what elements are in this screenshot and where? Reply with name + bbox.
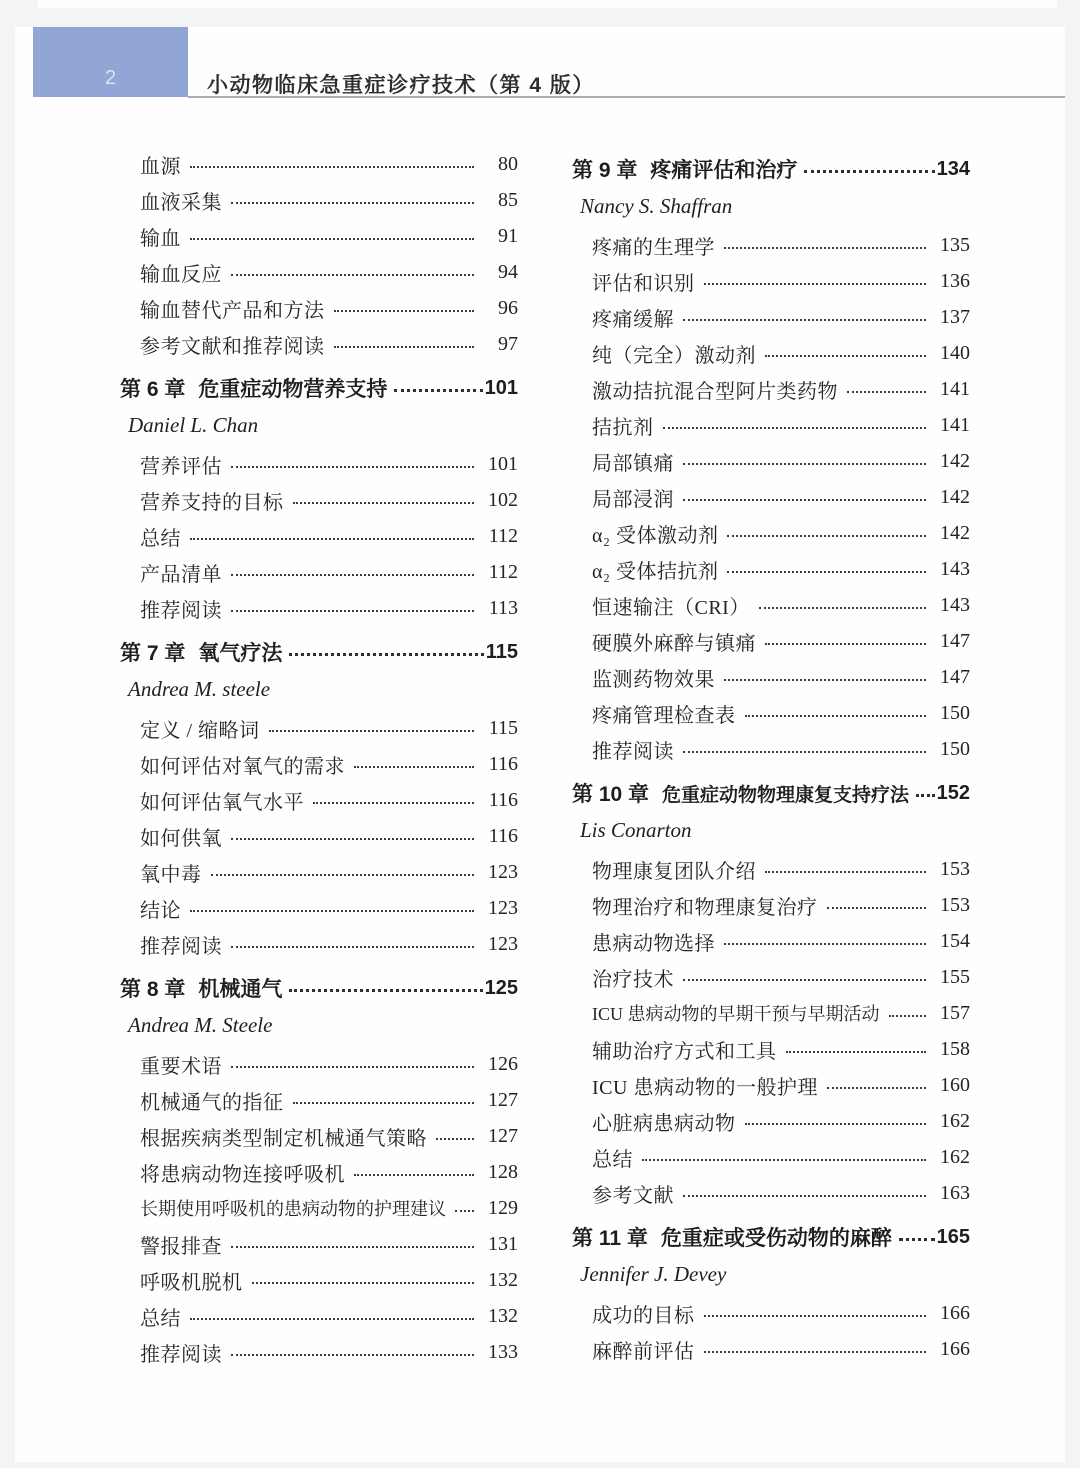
leader-dots [231, 941, 474, 948]
chapter-title: 危重症或受伤动物的麻醉 [661, 1222, 892, 1252]
toc-entry: 营养支持的目标 102 [120, 482, 518, 518]
leader-dots [190, 1313, 474, 1320]
leader-dots [786, 1046, 927, 1053]
toc-column-right: 第 9 章 疼痛评估和治疗 134 Nancy S. Shaffran 疼痛的生… [572, 143, 970, 1367]
entry-label: 监测药物效果 [592, 663, 715, 692]
entry-page-number: 143 [936, 558, 970, 581]
entry-page-number: 123 [484, 897, 518, 920]
leader-dots [289, 648, 483, 656]
chapter-title: 危重症动物营养支持 [198, 373, 387, 403]
toc-entry: 警报排查 131 [120, 1226, 518, 1262]
chapter-heading: 第 10 章 危重症动物物理康复支持疗法 152 [572, 773, 970, 813]
entry-page-number: 80 [484, 153, 518, 176]
toc-entry: 输血替代产品和方法 96 [120, 290, 518, 326]
leader-dots [289, 984, 482, 992]
leader-dots [231, 197, 474, 204]
leader-dots [190, 161, 474, 168]
entry-label: 总结 [140, 1302, 181, 1331]
toc-section: 第 11 章 危重症或受伤动物的麻醉 165 Jennifer J. Devey… [572, 1217, 970, 1367]
toc-entry: 产品清单 112 [120, 554, 518, 590]
leader-dots [269, 725, 474, 732]
leader-dots [211, 869, 475, 876]
entry-page-number: 132 [484, 1269, 518, 1292]
entry-label: 治疗技术 [592, 963, 674, 992]
leader-dots [724, 674, 926, 681]
leader-dots [724, 938, 926, 945]
toc-entry: 呼吸机脱机 132 [120, 1262, 518, 1298]
entry-label: 局部镇痛 [592, 447, 674, 476]
entry-page-number: 140 [936, 342, 970, 365]
toc-entry: 患病动物选择 154 [572, 923, 970, 959]
toc-entry: 血液采集 85 [120, 182, 518, 218]
entry-page-number: 131 [484, 1233, 518, 1256]
entry-page-number: 112 [484, 525, 518, 548]
entry-page-number: 150 [936, 702, 970, 725]
toc-entry: 疼痛的生理学 135 [572, 227, 970, 263]
entry-list: 物理康复团队介绍 153 物理治疗和物理康复治疗 153 患病动物选择 154 … [572, 851, 970, 1211]
entry-page-number: 116 [484, 825, 518, 848]
leader-dots [745, 710, 927, 717]
toc-entry: 定义 / 缩略词 115 [120, 710, 518, 746]
toc-entry: 如何评估氧气水平 116 [120, 782, 518, 818]
entry-page-number: 123 [484, 933, 518, 956]
leader-dots [293, 497, 475, 504]
entry-page-number: 132 [484, 1305, 518, 1328]
entry-page-number: 101 [484, 453, 518, 476]
toc-entry: 营养评估 101 [120, 446, 518, 482]
header-divider [188, 96, 1065, 98]
chapter-page-number: 115 [486, 641, 518, 664]
leader-dots [231, 461, 474, 468]
leader-dots [231, 569, 474, 576]
entry-page-number: 166 [936, 1302, 970, 1325]
entry-label: 推荐阅读 [140, 1338, 222, 1367]
entry-label: 长期使用呼吸机的患病动物的护理建议 [140, 1195, 446, 1221]
entry-list: 重要术语 126 机械通气的指征 127 根据疾病类型制定机械通气策略 127 … [120, 1046, 518, 1370]
previous-page-edge [38, 0, 1057, 8]
entry-list: 定义 / 缩略词 115 如何评估对氧气的需求 116 如何评估氧气水平 116… [120, 710, 518, 962]
entry-page-number: 135 [936, 234, 970, 257]
chapter-heading: 第 7 章 氧气疗法 115 [120, 632, 518, 672]
toc-entry: 纯（完全）激动剂 140 [572, 335, 970, 371]
toc-entry: 成功的目标 166 [572, 1295, 970, 1331]
toc-column-left: 血源 80 血液采集 85 输血 91 输血反应 94 输血替代产品和方法 96… [120, 142, 518, 1370]
toc-entry: 根据疾病类型制定机械通气策略 127 [120, 1118, 518, 1154]
leader-dots [804, 165, 934, 173]
chapter-title: 机械通气 [198, 973, 282, 1003]
toc-section: 血源 80 血液采集 85 输血 91 输血反应 94 输血替代产品和方法 96… [120, 146, 518, 362]
entry-list: 营养评估 101 营养支持的目标 102 总结 112 产品清单 112 推荐阅… [120, 446, 518, 626]
toc-entry: 参考文献 163 [572, 1175, 970, 1211]
leader-dots [683, 458, 926, 465]
leader-dots [394, 384, 482, 392]
leader-dots [765, 350, 926, 357]
page-number-box: 2 [33, 27, 188, 97]
toc-entry: 心脏病患病动物 162 [572, 1103, 970, 1139]
entry-label: 根据疾病类型制定机械通气策略 [140, 1122, 427, 1151]
leader-dots [683, 746, 926, 753]
toc-entry: 恒速输注（CRI） 143 [572, 587, 970, 623]
entry-label: 硬膜外麻醉与镇痛 [592, 627, 756, 656]
chapter-page-number: 134 [937, 158, 970, 181]
toc-entry: 推荐阅读 113 [120, 590, 518, 626]
author-name: Andrea M. Steele [120, 1008, 518, 1042]
leader-dots [231, 1349, 474, 1356]
entry-page-number: 128 [484, 1161, 518, 1184]
toc-entry: 硬膜外麻醉与镇痛 147 [572, 623, 970, 659]
leader-dots [190, 905, 474, 912]
toc-entry: 物理康复团队介绍 153 [572, 851, 970, 887]
entry-page-number: 150 [936, 738, 970, 761]
leader-dots [231, 833, 474, 840]
entry-label: 将患病动物连接呼吸机 [140, 1158, 345, 1187]
entry-label: 营养评估 [140, 450, 222, 479]
chapter-label: 第 8 章 [120, 973, 185, 1003]
entry-page-number: 141 [936, 378, 970, 401]
toc-entry: 总结 162 [572, 1139, 970, 1175]
toc-entry: 评估和识别 136 [572, 263, 970, 299]
entry-page-number: 153 [936, 894, 970, 917]
entry-label: 参考文献 [592, 1179, 674, 1208]
author-name: Jennifer J. Devey [572, 1257, 970, 1291]
entry-label: 机械通气的指征 [140, 1086, 284, 1115]
entry-label: 总结 [140, 522, 181, 551]
entry-label: 麻醉前评估 [592, 1335, 695, 1364]
entry-label: 定义 / 缩略词 [140, 714, 260, 743]
entry-label: 呼吸机脱机 [140, 1266, 243, 1295]
leader-dots [354, 761, 474, 768]
chapter-heading: 第 11 章 危重症或受伤动物的麻醉 165 [572, 1217, 970, 1257]
leader-dots [354, 1169, 474, 1176]
entry-page-number: 116 [484, 753, 518, 776]
entry-page-number: 113 [484, 597, 518, 620]
entry-page-number: 102 [484, 489, 518, 512]
leader-dots [765, 866, 926, 873]
toc-entry: 监测药物效果 147 [572, 659, 970, 695]
toc-entry: 输血反应 94 [120, 254, 518, 290]
entry-page-number: 142 [936, 450, 970, 473]
entry-label: 患病动物选择 [592, 927, 715, 956]
leader-dots [727, 566, 926, 573]
entry-list: 血源 80 血液采集 85 输血 91 输血反应 94 输血替代产品和方法 96… [120, 146, 518, 362]
toc-entry: ICU 患病动物的早期干预与早期活动 157 [572, 995, 970, 1031]
chapter-label: 第 10 章 [572, 778, 649, 808]
toc-entry: 疼痛管理检查表 150 [572, 695, 970, 731]
entry-page-number: 147 [936, 666, 970, 689]
chapter-label: 第 9 章 [572, 154, 637, 184]
entry-page-number: 154 [936, 930, 970, 953]
leader-dots [827, 902, 927, 909]
entry-page-number: 158 [936, 1038, 970, 1061]
toc-entry: ICU 患病动物的一般护理 160 [572, 1067, 970, 1103]
chapter-heading: 第 8 章 机械通气 125 [120, 968, 518, 1008]
toc-section: 第 10 章 危重症动物物理康复支持疗法 152 Lis Conarton 物理… [572, 773, 970, 1211]
entry-label: 疼痛缓解 [592, 303, 674, 332]
entry-label: ICU 患病动物的早期干预与早期活动 [592, 1000, 880, 1026]
entry-label: 推荐阅读 [592, 735, 674, 764]
entry-page-number: 112 [484, 561, 518, 584]
entry-label: 局部浸润 [592, 483, 674, 512]
leader-dots [231, 1061, 474, 1068]
leader-dots [704, 1346, 927, 1353]
chapter-page-number: 152 [937, 782, 970, 805]
chapter-label: 第 6 章 [120, 373, 185, 403]
page-number: 2 [105, 67, 116, 90]
entry-label: 警报排查 [140, 1230, 222, 1259]
toc-entry: 总结 112 [120, 518, 518, 554]
leader-dots [436, 1133, 474, 1140]
entry-page-number: 157 [936, 1002, 970, 1025]
toc-entry: 推荐阅读 133 [120, 1334, 518, 1370]
toc-section: 第 6 章 危重症动物营养支持 101 Daniel L. Chan 营养评估 … [120, 368, 518, 626]
entry-label: 疼痛的生理学 [592, 231, 715, 260]
chapter-page-number: 101 [485, 377, 518, 400]
toc-entry: 输血 91 [120, 218, 518, 254]
entry-label: 血源 [140, 150, 181, 179]
toc-entry: 血源 80 [120, 146, 518, 182]
entry-label: 成功的目标 [592, 1299, 695, 1328]
chapter-title: 氧气疗法 [198, 637, 282, 667]
entry-page-number: 136 [936, 270, 970, 293]
entry-page-number: 116 [484, 789, 518, 812]
toc-entry: 如何供氧 116 [120, 818, 518, 854]
chapter-heading: 第 6 章 危重症动物营养支持 101 [120, 368, 518, 408]
book-page: 2 小动物临床急重症诊疗技术（第 4 版） 血源 80 血液采集 85 输血 9… [15, 27, 1065, 1462]
toc-entry: 物理治疗和物理康复治疗 153 [572, 887, 970, 923]
toc-entry: 辅助治疗方式和工具 158 [572, 1031, 970, 1067]
leader-dots [293, 1097, 475, 1104]
entry-label: 推荐阅读 [140, 594, 222, 623]
toc-entry: 治疗技术 155 [572, 959, 970, 995]
leader-dots [231, 269, 474, 276]
entry-label: 如何评估对氧气的需求 [140, 750, 345, 779]
leader-dots [683, 314, 926, 321]
entry-label: 心脏病患病动物 [592, 1107, 736, 1136]
leader-dots [759, 602, 926, 609]
leader-dots [683, 494, 926, 501]
entry-label: 疼痛管理检查表 [592, 699, 736, 728]
toc-entry: 局部镇痛 142 [572, 443, 970, 479]
leader-dots [252, 1277, 475, 1284]
entry-page-number: 153 [936, 858, 970, 881]
entry-page-number: 160 [936, 1074, 970, 1097]
author-name: Nancy S. Shaffran [572, 189, 970, 223]
toc-entry: 总结 132 [120, 1298, 518, 1334]
toc-entry: α₂ 受体激动剂 142 [572, 515, 970, 551]
leader-dots [642, 1154, 926, 1161]
entry-label: 氧中毒 [140, 858, 202, 887]
entry-list: 疼痛的生理学 135 评估和识别 136 疼痛缓解 137 纯（完全）激动剂 1… [572, 227, 970, 767]
leader-dots [889, 1010, 927, 1017]
toc-entry: 参考文献和推荐阅读 97 [120, 326, 518, 362]
leader-dots [704, 1310, 927, 1317]
chapter-heading: 第 9 章 疼痛评估和治疗 134 [572, 149, 970, 189]
author-name: Lis Conarton [572, 813, 970, 847]
entry-label: α₂ 受体激动剂 [592, 519, 718, 548]
leader-dots [334, 305, 475, 312]
entry-label: 激动拮抗混合型阿片类药物 [592, 375, 838, 404]
toc-entry: 长期使用呼吸机的患病动物的护理建议 129 [120, 1190, 518, 1226]
entry-page-number: 166 [936, 1338, 970, 1361]
toc-entry: 机械通气的指征 127 [120, 1082, 518, 1118]
entry-label: 输血 [140, 222, 181, 251]
leader-dots [827, 1082, 926, 1089]
entry-page-number: 91 [484, 225, 518, 248]
entry-page-number: 97 [484, 333, 518, 356]
entry-page-number: 155 [936, 966, 970, 989]
toc-entry: 氧中毒 123 [120, 854, 518, 890]
chapter-label: 第 11 章 [572, 1222, 648, 1252]
entry-label: 评估和识别 [592, 267, 695, 296]
toc-entry: 局部浸润 142 [572, 479, 970, 515]
entry-page-number: 126 [484, 1053, 518, 1076]
author-name: Andrea M. steele [120, 672, 518, 706]
toc-entry: 如何评估对氧气的需求 116 [120, 746, 518, 782]
toc-entry: 激动拮抗混合型阿片类药物 141 [572, 371, 970, 407]
author-name: Daniel L. Chan [120, 408, 518, 442]
entry-label: 如何评估氧气水平 [140, 786, 304, 815]
entry-label: 输血反应 [140, 258, 222, 287]
entry-label: 重要术语 [140, 1050, 222, 1079]
entry-page-number: 115 [484, 717, 518, 740]
toc-section: 第 9 章 疼痛评估和治疗 134 Nancy S. Shaffran 疼痛的生… [572, 149, 970, 767]
entry-page-number: 162 [936, 1110, 970, 1133]
leader-dots [916, 789, 935, 797]
entry-label: ICU 患病动物的一般护理 [592, 1071, 818, 1100]
chapter-title: 危重症动物物理康复支持疗法 [662, 780, 909, 807]
entry-page-number: 143 [936, 594, 970, 617]
entry-page-number: 96 [484, 297, 518, 320]
entry-label: 物理治疗和物理康复治疗 [592, 891, 818, 920]
entry-label: 辅助治疗方式和工具 [592, 1035, 777, 1064]
entry-page-number: 127 [484, 1089, 518, 1112]
leader-dots [847, 386, 926, 393]
entry-label: 如何供氧 [140, 822, 222, 851]
toc-section: 第 7 章 氧气疗法 115 Andrea M. steele 定义 / 缩略词… [120, 632, 518, 962]
toc-entry: 麻醉前评估 166 [572, 1331, 970, 1367]
entry-label: 物理康复团队介绍 [592, 855, 756, 884]
entry-page-number: 147 [936, 630, 970, 653]
entry-page-number: 94 [484, 261, 518, 284]
entry-label: 恒速输注（CRI） [592, 591, 750, 620]
toc-entry: 推荐阅读 150 [572, 731, 970, 767]
entry-label: 营养支持的目标 [140, 486, 284, 515]
leader-dots [765, 638, 926, 645]
entry-label: 血液采集 [140, 186, 222, 215]
toc-entry: α₂ 受体拮抗剂 143 [572, 551, 970, 587]
entry-page-number: 162 [936, 1146, 970, 1169]
leader-dots [313, 797, 474, 804]
entry-page-number: 142 [936, 522, 970, 545]
chapter-title: 疼痛评估和治疗 [650, 154, 797, 184]
entry-label: 纯（完全）激动剂 [592, 339, 756, 368]
entry-page-number: 127 [484, 1125, 518, 1148]
leader-dots [190, 233, 474, 240]
leader-dots [663, 422, 927, 429]
leader-dots [727, 530, 926, 537]
leader-dots [231, 1241, 474, 1248]
entry-label: 产品清单 [140, 558, 222, 587]
entry-page-number: 137 [936, 306, 970, 329]
toc-entry: 推荐阅读 123 [120, 926, 518, 962]
toc-section: 第 8 章 机械通气 125 Andrea M. Steele 重要术语 126… [120, 968, 518, 1370]
entry-label: 总结 [592, 1143, 633, 1172]
entry-page-number: 133 [484, 1341, 518, 1364]
entry-page-number: 142 [936, 486, 970, 509]
leader-dots [745, 1118, 927, 1125]
toc-entry: 结论 123 [120, 890, 518, 926]
leader-dots [704, 278, 927, 285]
entry-label: 结论 [140, 894, 181, 923]
entry-page-number: 123 [484, 861, 518, 884]
book-title: 小动物临床急重症诊疗技术（第 4 版） [207, 69, 595, 99]
leader-dots [724, 242, 926, 249]
toc-entry: 疼痛缓解 137 [572, 299, 970, 335]
entry-label: 输血替代产品和方法 [140, 294, 325, 323]
toc-entry: 重要术语 126 [120, 1046, 518, 1082]
entry-page-number: 129 [484, 1197, 518, 1220]
leader-dots [455, 1205, 474, 1212]
leader-dots [899, 1233, 935, 1241]
entry-label: 拮抗剂 [592, 411, 654, 440]
entry-label: 推荐阅读 [140, 930, 222, 959]
chapter-page-number: 125 [485, 977, 518, 1000]
leader-dots [683, 1190, 926, 1197]
entry-page-number: 85 [484, 189, 518, 212]
entry-label: α₂ 受体拮抗剂 [592, 555, 718, 584]
scanned-toc-page: { "header": { "page_number": "2", "book_… [0, 0, 1080, 1468]
leader-dots [683, 974, 926, 981]
leader-dots [190, 533, 474, 540]
entry-page-number: 163 [936, 1182, 970, 1205]
leader-dots [334, 341, 475, 348]
toc-entry: 拮抗剂 141 [572, 407, 970, 443]
entry-list: 成功的目标 166 麻醉前评估 166 [572, 1295, 970, 1367]
toc-entry: 将患病动物连接呼吸机 128 [120, 1154, 518, 1190]
chapter-page-number: 165 [937, 1226, 970, 1249]
leader-dots [231, 605, 474, 612]
entry-label: 参考文献和推荐阅读 [140, 330, 325, 359]
entry-page-number: 141 [936, 414, 970, 437]
chapter-label: 第 7 章 [120, 637, 185, 667]
